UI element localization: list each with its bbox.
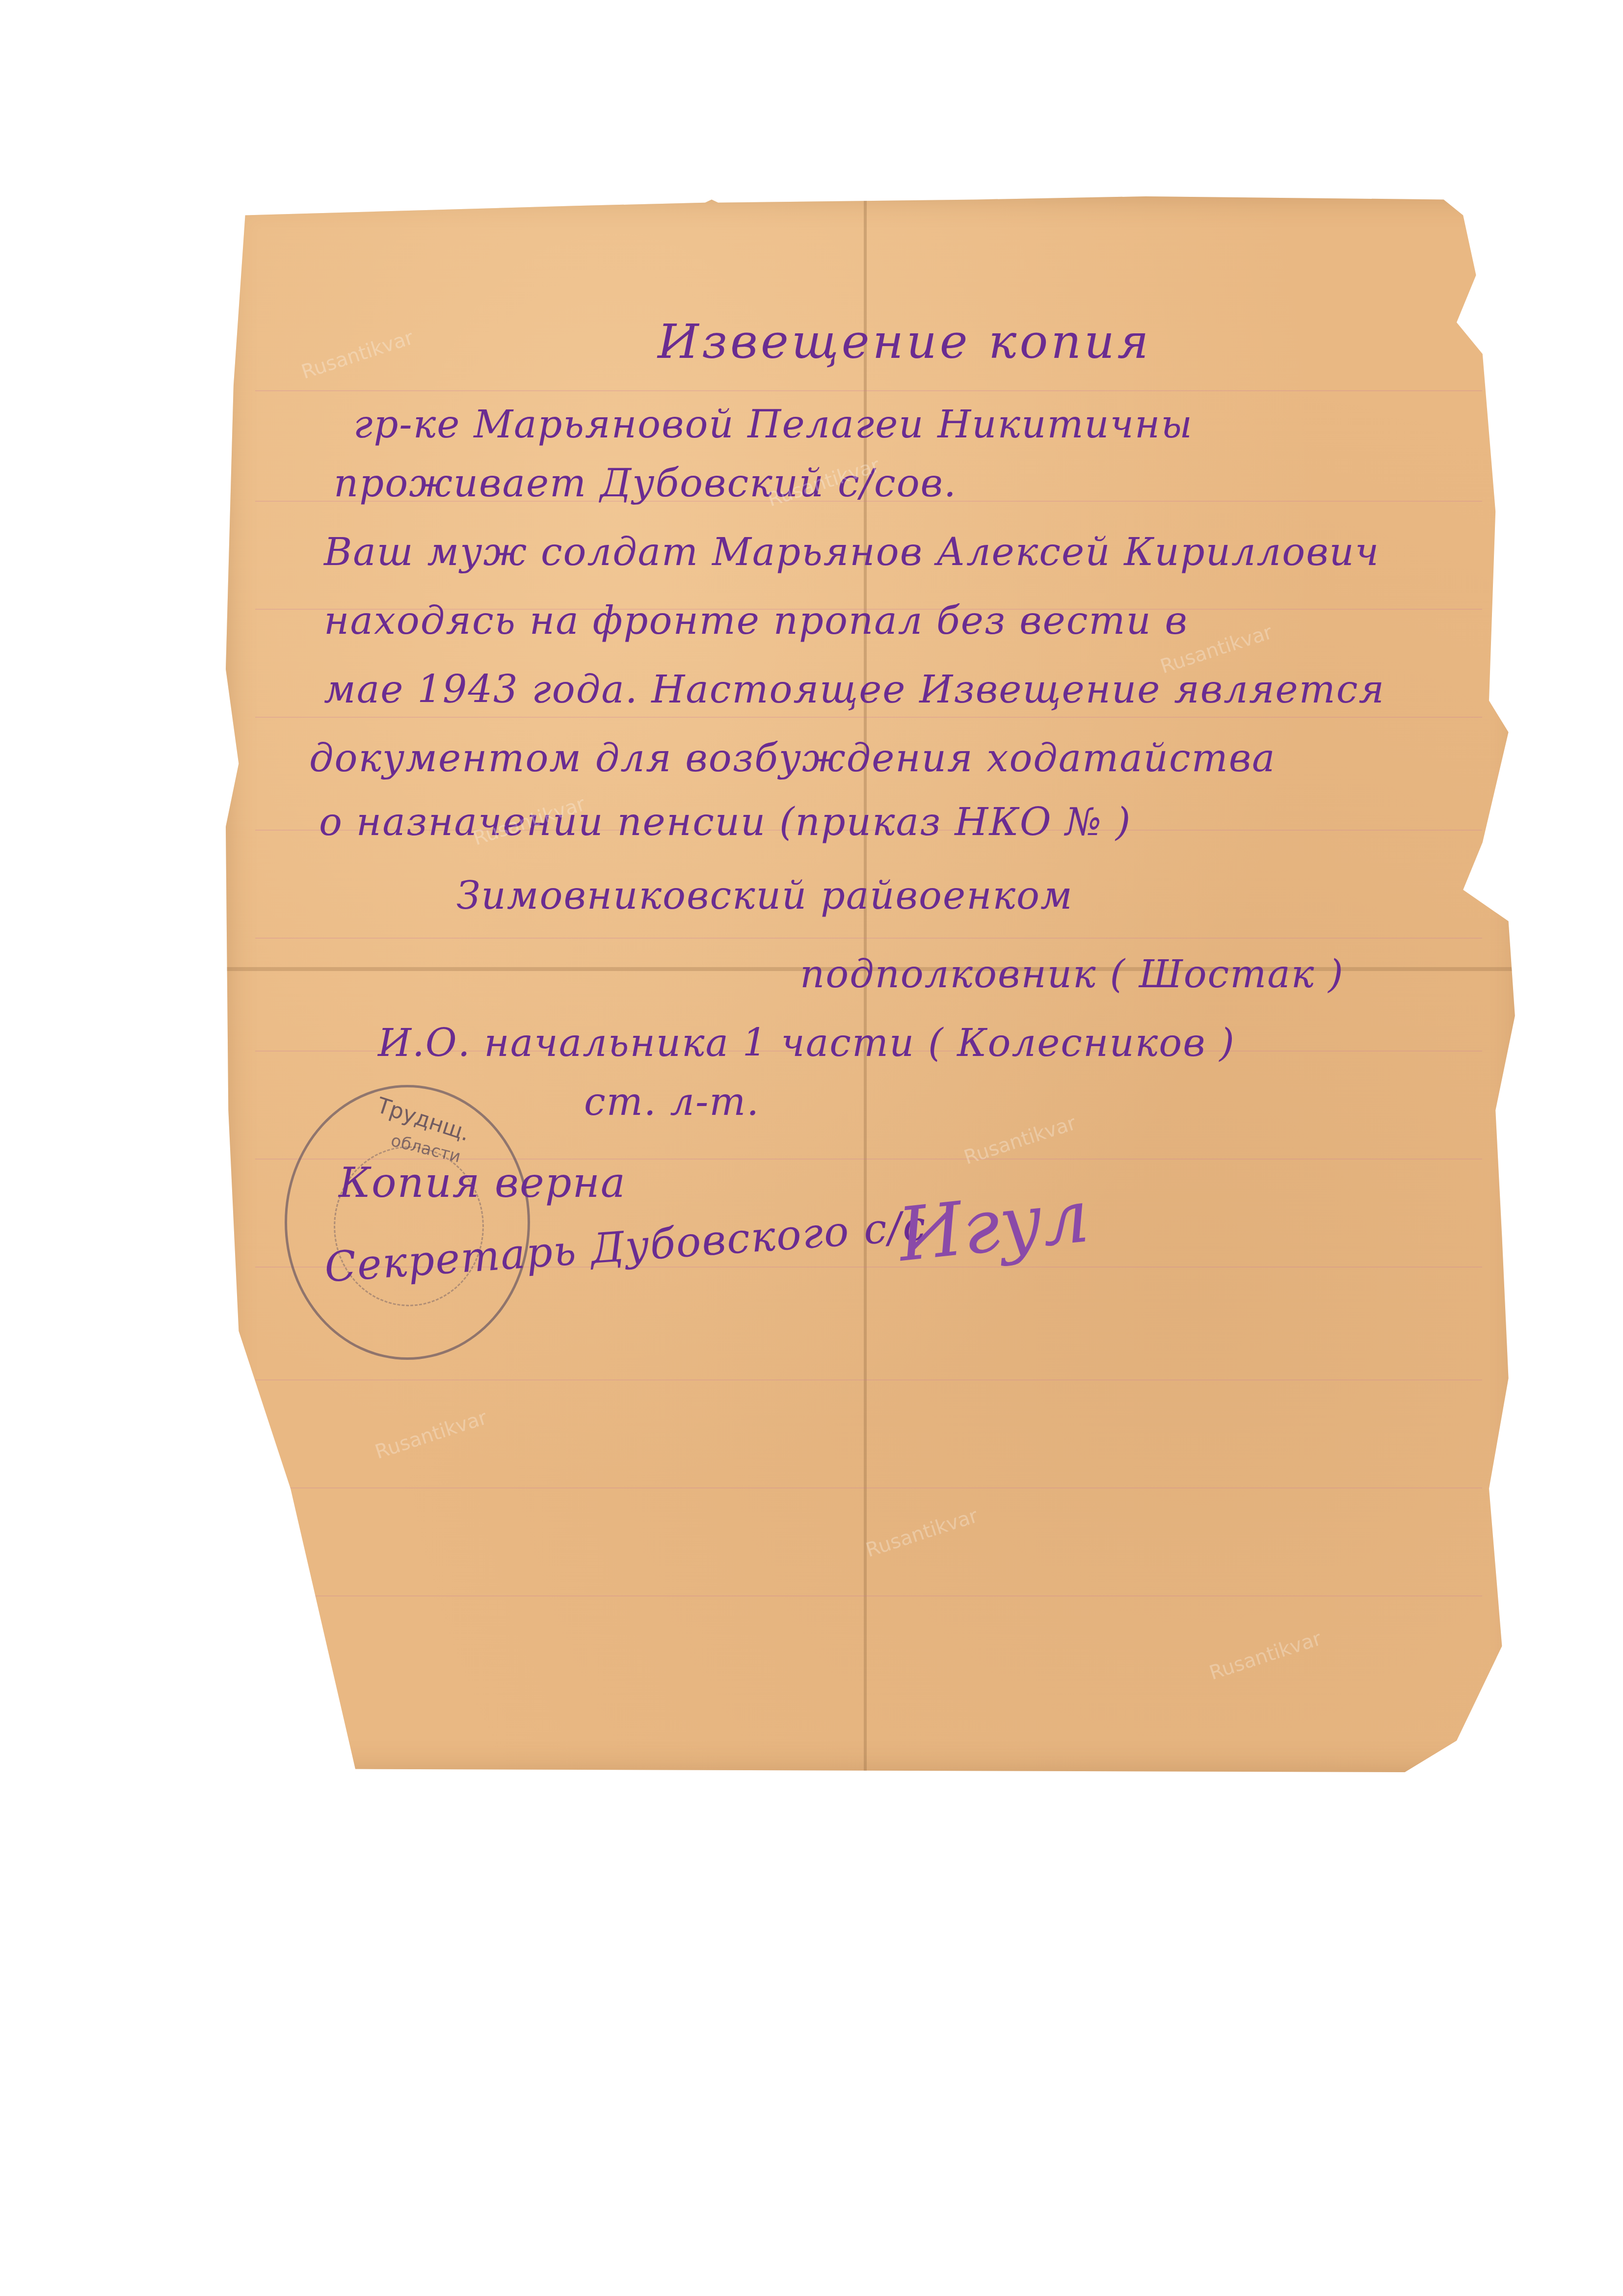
ruled-line [255, 938, 1482, 939]
official-stamp: Труднщ. области [285, 1085, 530, 1360]
ruled-line [255, 1487, 1482, 1488]
body-line-1: Ваш муж солдат Марьянов Алексей Кириллов… [324, 530, 1380, 574]
watermark: Rusantikvar [863, 1505, 981, 1562]
certification-line-1: Копия верна [339, 1159, 626, 1207]
signature-acting-chief: И.О. начальника 1 части ( Колесников ) [378, 1021, 1235, 1065]
watermark: Rusantikvar [1207, 1627, 1324, 1685]
watermark: Rusantikvar [299, 326, 416, 384]
rank-note: ст. л-т. [584, 1080, 760, 1124]
issuer-line: Зимовниковский райвоенком [456, 874, 1073, 918]
secretary-signature: Игул [894, 1173, 1093, 1278]
ruled-line [255, 390, 1482, 391]
body-line-2: находясь на фронте пропал без вести в [324, 599, 1188, 643]
ruled-line [255, 717, 1482, 718]
ruled-line [255, 1595, 1482, 1596]
body-line-4: документом для возбуждения ходатайства [309, 736, 1276, 781]
signature-commander: подполковник ( Шостак ) [800, 952, 1344, 997]
document-title: Извещение копия [658, 314, 1151, 369]
body-line-5: о назначении пенсии (приказ НКО № ) [319, 800, 1132, 844]
body-line-3: мае 1943 года. Настоящее Извещение являе… [324, 668, 1385, 712]
document-sheet: Извещение копия гр-ке Марьяновой Пелагеи… [226, 196, 1521, 1772]
recipient-line: гр-ке Марьяновой Пелагеи Никитичны [353, 403, 1193, 447]
watermark: Rusantikvar [372, 1406, 490, 1464]
watermark: Rusantikvar [961, 1112, 1079, 1169]
ruled-line [255, 1379, 1482, 1380]
